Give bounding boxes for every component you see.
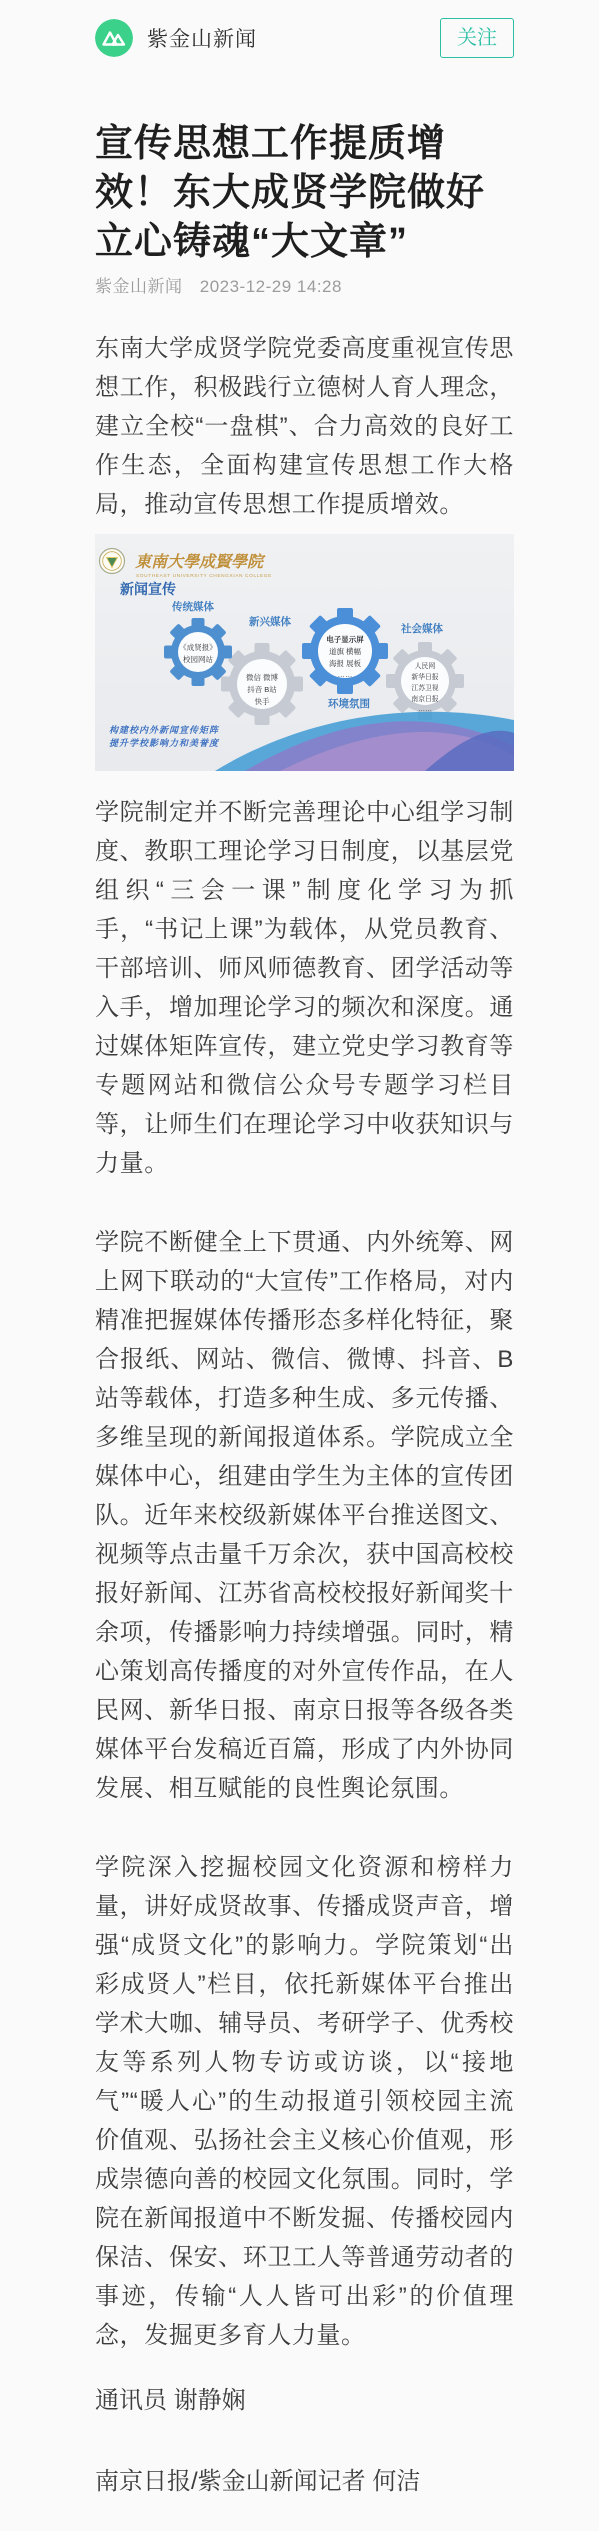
reporter-line: 南京日报/紫金山新闻记者 何洁 — [95, 2462, 514, 2501]
gear-label-traditional: 传统媒体 — [171, 600, 214, 613]
gear-environment: 电子显示屏 道旗 横幅 海报 展板 …… — [302, 608, 388, 694]
gear-traditional-media: 《成贤报》 校园网站 — [164, 618, 232, 686]
slogan-line-2: 提升学校影响力和美誉度 — [109, 738, 220, 748]
college-name: 東南大學成賢學院 — [135, 553, 266, 571]
gear-item: 南京日报 — [411, 694, 438, 703]
correspondent-line: 通讯员 谢静娴 — [95, 2381, 514, 2420]
gear-label-social: 社会媒体 — [400, 622, 443, 635]
gear-item: 电子显示屏 — [326, 634, 364, 644]
title-line-1: 宣传思想工作提质增 — [95, 120, 514, 169]
gear-item: 道旗 横幅 — [329, 646, 362, 656]
brand-logo-mountain-icon[interactable] — [95, 19, 133, 57]
gear-label-environment: 环境氛围 — [328, 697, 370, 710]
paragraph-3: 学院不断健全上下贯通、内外统筹、网上网下联动的“大宣传”工作格局，对内精准把握媒… — [95, 1223, 514, 1808]
byline-datetime: 2023-12-29 14:28 — [200, 277, 342, 296]
paragraph-4: 学院深入挖掘校园文化资源和榜样力量，讲好成贤故事、传播成贤声音，增强“成贤文化”… — [95, 1848, 514, 2355]
gear-item: 微信 微博 — [246, 672, 279, 682]
gear-label-new: 新兴媒体 — [249, 615, 291, 628]
title-line-2: 效！东大成贤学院做好 — [95, 169, 514, 218]
gear-item: 海报 展板 — [329, 658, 362, 668]
follow-button[interactable]: 关注 — [440, 18, 514, 58]
gear-item: 快手 — [255, 696, 270, 706]
infographic-heading: 新闻宣传 — [120, 581, 176, 597]
gear-item: 《成贤报》 — [179, 642, 217, 652]
brand-name: 紫金山新闻 — [147, 23, 257, 53]
header: 紫金山新闻 关注 — [95, 16, 514, 60]
paragraph-1: 东南大学成贤学院党委高度重视宣传思想工作，积极践行立德树人育人理念，建立全校“一… — [95, 329, 514, 524]
gear-item: 人民网 — [415, 661, 436, 670]
byline-source: 紫金山新闻 — [95, 277, 183, 296]
paragraph-2: 学院制定并不断完善理论中心组学习制度、教职工理论学习日制度，以基层党组织“三会一… — [95, 793, 514, 1183]
gear-social-media: 人民网 新华日报 江苏卫视 南京日报 …… — [386, 642, 464, 720]
article-title: 宣传思想工作提质增 效！东大成贤学院做好 立心铸魂“大文章” — [95, 120, 514, 267]
article-page: 紫金山新闻 关注 宣传思想工作提质增 效！东大成贤学院做好 立心铸魂“大文章” … — [0, 0, 599, 2531]
gear-item: …… — [338, 670, 353, 679]
gear-item: 江苏卫视 — [411, 683, 438, 692]
college-name-en: SOUTHEAST UNIVERSITY CHENGXIAN COLLEGE — [136, 573, 272, 579]
gear-new-media: 微信 微博 抖音 B站 快手 — [221, 643, 303, 725]
gear-item: 抖音 B站 — [247, 684, 277, 694]
slogan-line-1: 构建校内外新闻宣传矩阵 — [109, 725, 220, 735]
byline: 紫金山新闻 2023-12-29 14:28 — [95, 275, 514, 299]
college-seal-icon — [100, 549, 125, 574]
gear-item: 新华日报 — [411, 672, 438, 681]
title-line-3: 立心铸魂“大文章” — [95, 218, 514, 267]
infographic-image[interactable]: 東南大學成賢學院 SOUTHEAST UNIVERSITY CHENGXIAN … — [95, 534, 514, 771]
gear-item: 校园网站 — [183, 654, 213, 664]
